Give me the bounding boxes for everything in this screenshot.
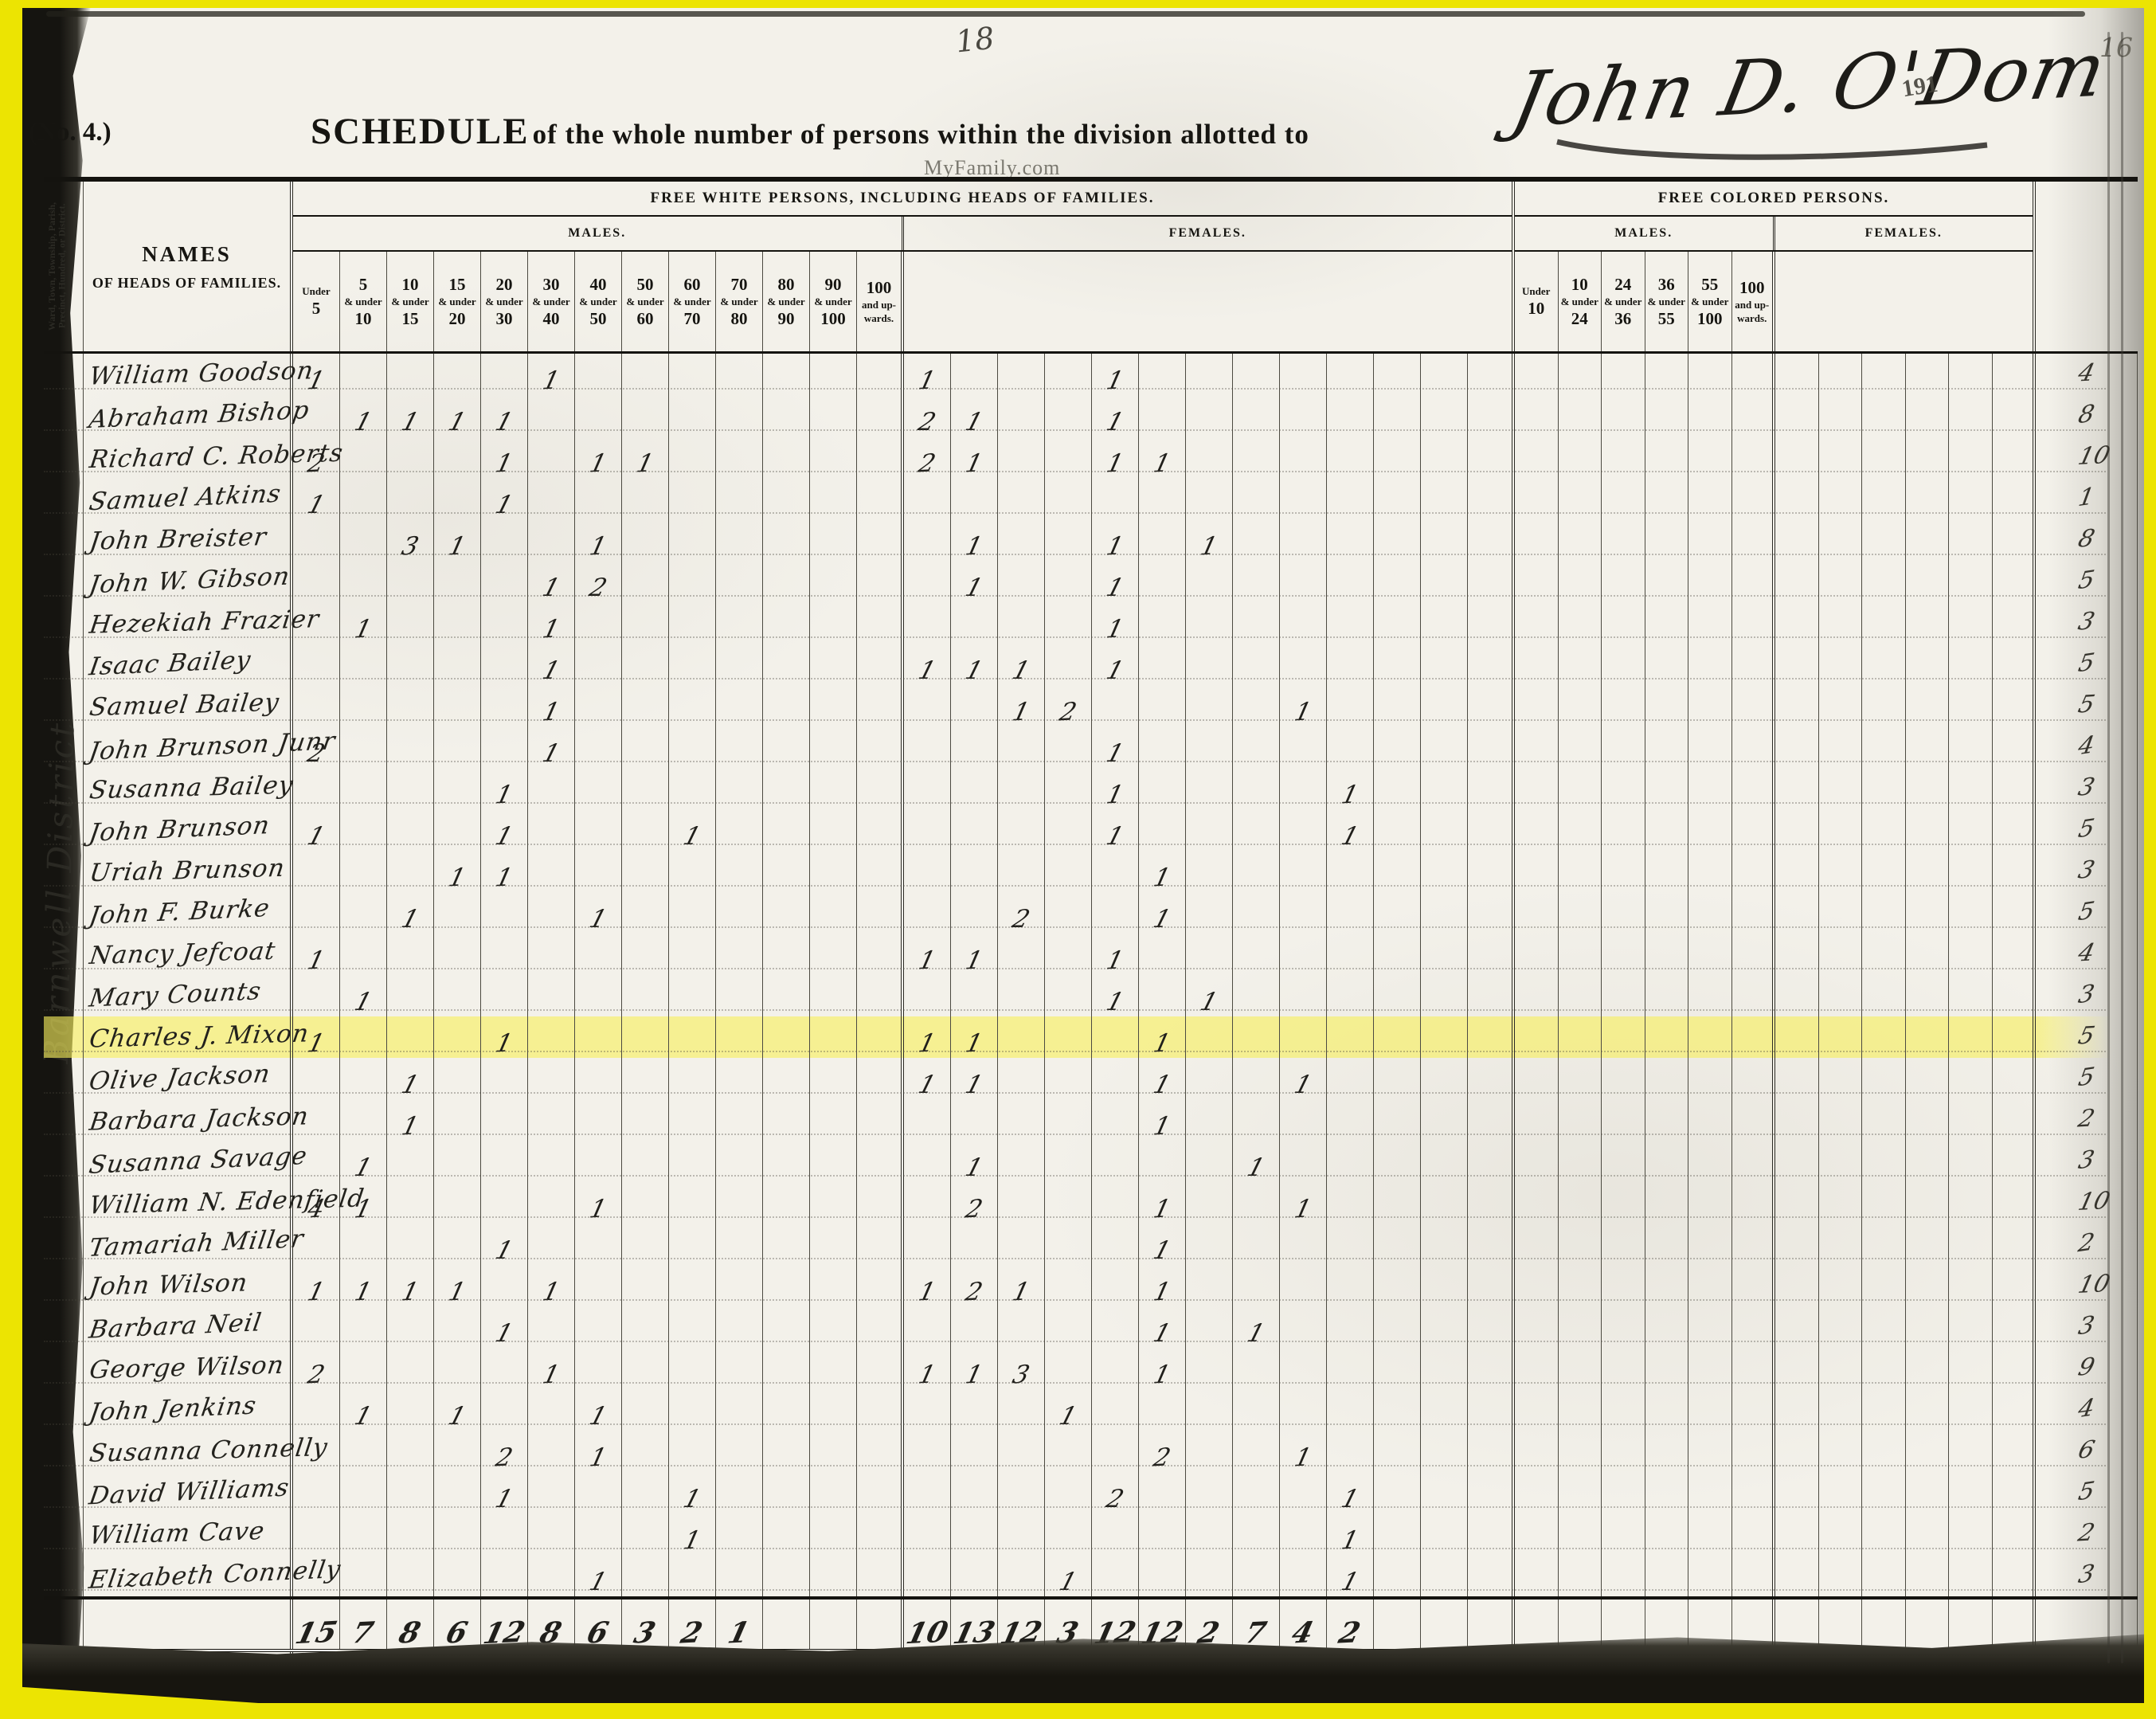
white-female-tally-cell: 1 [1280,1431,1327,1472]
head-of-family-name-cell: Uriah Brunson [84,851,293,892]
white-male-tally-cell: 1 [528,354,575,395]
white-female-tally-cell-value: 1 [916,1073,939,1098]
ward-cell [44,768,84,809]
white-male-tally-cell [857,354,904,395]
white-male-tally-cell [575,1099,622,1141]
ward-cell [44,809,84,851]
colored-female-tally-cell [1862,644,1906,685]
colored-male-tally-cell [1515,1555,1559,1596]
white-female-tally-cell [1374,478,1421,519]
white-male-tally-cell [716,1306,763,1348]
white-male-tally-cell: 1 [481,478,528,519]
white-male-tally-cell: 1 [575,892,622,934]
table-row: William N. Edenfield41121110 [44,1182,2138,1224]
white-female-tally-cell: 1 [1327,1513,1374,1555]
white-male-tally-cell [434,478,481,519]
white-female-tally-cell-value: 1 [1104,783,1125,809]
white-male-tally-cell [575,644,622,685]
row-total-value: 4 [2076,734,2096,760]
white-female-tally-cell-value: 1 [1292,1446,1313,1471]
white-female-tally-cell [1045,851,1092,892]
age-header-cell: 55& under100 [1688,252,1732,351]
white-male-tally-cell [528,478,575,519]
colored-male-tally-cell [1688,437,1732,478]
white-male-tally-cell [763,768,810,809]
white-female-tally-cell: 1 [904,1016,951,1058]
white-female-tally-cell [1045,726,1092,768]
head-of-family-name-cell: Mary Counts [84,975,293,1016]
white-male-tally-cell [622,809,669,851]
white-female-tally-cell-value: 2 [916,410,939,435]
white-female-tally-cell: 3 [998,1348,1045,1389]
white-male-total-cell-value: 2 [679,1618,706,1647]
white-male-tally-cell-value: 1 [540,700,561,726]
colored-male-tally-cell [1645,1306,1689,1348]
white-female-tally-cell-value: 1 [1292,700,1313,726]
white-male-tally-cell [340,934,387,975]
white-male-tally-cell [481,602,528,644]
white-female-tally-cell [1374,685,1421,726]
white-female-tally-cell-value: 1 [1292,1073,1315,1098]
white-female-tally-cell [1139,1389,1186,1431]
white-female-tally-cell [1468,478,1515,519]
age-header-line: 90 [778,309,795,329]
white-male-tally-cell: 1 [340,395,387,437]
white-male-tally-cell [387,1555,434,1596]
white-male-tally-cell [669,1389,716,1431]
row-total-value: 5 [2076,568,2096,594]
white-male-tally-cell [434,437,481,478]
white-female-tally-cell [1139,1472,1186,1513]
white-male-tally-cell [387,851,434,892]
colored-male-tally-cell [1732,726,1776,768]
colored-male-tally-cell [1645,395,1689,437]
colored-female-tally-cell [1775,1099,1819,1141]
white-female-tally-cell: 1 [998,685,1045,726]
white-male-tally-cell-value: 1 [587,452,608,477]
white-female-tally-cell [1280,519,1327,561]
white-female-tally-cell [1421,1224,1468,1265]
colored-female-tally-cell [1862,1431,1906,1472]
white-female-total-cell: 4 [1280,1600,1327,1649]
white-male-tally-cell: 1 [528,561,575,602]
white-female-tally-cell [998,437,1045,478]
white-female-total-cell: 2 [1327,1600,1374,1649]
white-female-tally-cell [1421,1389,1468,1431]
white-female-tally-cell [1327,1016,1374,1058]
head-of-family-name: Tamariah Miller [87,1224,306,1263]
colored-female-tally-cell [1862,685,1906,726]
white-female-tally-cell-value: 1 [1104,659,1127,683]
colored-female-tally-cell [1949,1141,1993,1182]
white-male-tally-cell: 1 [575,1431,622,1472]
head-of-family-name-cell: Susanna Bailey [84,768,293,809]
white-female-tally-cell [1186,1099,1233,1141]
age-header-line: & under [673,296,710,308]
white-male-tally-cell [716,644,763,685]
white-male-tally-cell [810,1389,857,1431]
white-female-tally-cell [1186,1348,1233,1389]
white-male-tally-cell [575,1306,622,1348]
white-female-tally-cell [1468,1555,1515,1596]
white-female-tally-cell [998,726,1045,768]
white-female-tally-cell [1468,892,1515,934]
colored-female-tally-cell [1862,1472,1906,1513]
colored-female-tally-cell [1862,1224,1906,1265]
white-female-tally-cell-value: 2 [1010,907,1033,932]
white-male-tally-cell-value: 1 [540,742,563,766]
colored-female-tally-cell [1819,1555,1863,1596]
white-male-tally-cell [528,809,575,851]
white-male-tally-cell [575,768,622,809]
white-male-tally-cell-value: 1 [493,1322,516,1346]
white-female-tally-cell [1327,354,1374,395]
white-male-tally-cell-value: 1 [493,1032,515,1057]
white-male-tally-cell [622,1431,669,1472]
head-of-family-name: John Brunson [87,811,272,848]
white-male-tally-cell [810,1016,857,1058]
colored-female-tally-cell [1906,1182,1950,1224]
row-total-value: 4 [2076,362,2096,386]
white-female-tally-cell: 1 [1092,395,1139,437]
white-female-tally-cell [951,768,998,809]
white-male-tally-cell [434,354,481,395]
age-header-line: wards. [864,312,894,325]
colored-male-tally-cell [1645,1431,1689,1472]
white-male-tally-cell [716,685,763,726]
white-male-tally-cell [622,1265,669,1306]
head-of-family-name-cell: David Williams [84,1472,293,1513]
age-header-line: 70 [731,275,748,295]
white-female-tally-cell-value: 1 [1104,369,1125,394]
white-female-tally-cell [1139,975,1186,1016]
colored-male-tally-cell [1645,1348,1689,1389]
white-male-tally-cell [810,519,857,561]
white-female-tally-cell-value: 1 [1010,659,1033,683]
colored-male-tally-cell [1732,602,1776,644]
colored-female-tally-cell [1993,726,2037,768]
white-male-tally-cell: 1 [528,685,575,726]
colored-male-tally-cell [1645,1141,1689,1182]
white-female-tally-cell-value: 1 [916,1280,937,1306]
head-of-family-name: Samuel Atkins [87,480,283,516]
white-male-tally-cell-value: 1 [305,493,328,518]
white-male-tally-cell [387,768,434,809]
white-male-tally-cell [434,1182,481,1224]
colored-female-tally-cell [1906,1472,1950,1513]
white-male-tally-cell [434,768,481,809]
white-female-tally-cell: 1 [951,561,998,602]
white-male-tally-cell-value: 3 [399,534,421,560]
white-male-tally-cell-value: 1 [587,534,608,560]
white-female-tally-cell [1468,685,1515,726]
white-male-tally-cell [763,975,810,1016]
white-female-tally-cell [998,768,1045,809]
age-header-line: and up- [1735,299,1769,311]
white-male-tally-cell [434,934,481,975]
white-male-total-cell: 8 [387,1600,434,1649]
white-female-tally-cell [1468,1224,1515,1265]
age-header-line: 80 [731,309,748,329]
colored-male-tally-cell [1602,1182,1645,1224]
table-row: Susanna Savage1113 [44,1141,2138,1182]
white-female-tally-cell [1233,561,1280,602]
white-female-tally-cell [1092,1141,1139,1182]
table-row: Susanna Connelly21216 [44,1431,2138,1472]
white-male-tally-cell [481,644,528,685]
white-female-tally-cell [1139,602,1186,644]
white-female-tally-cell [998,1224,1045,1265]
white-male-tally-cell [387,1513,434,1555]
white-female-tally-cell [1374,892,1421,934]
white-female-tally-cell [998,1306,1045,1348]
head-of-family-name-cell: Barbara Jackson [84,1099,293,1141]
white-female-tally-cell [1421,1141,1468,1182]
colored-male-tally-cell [1515,726,1559,768]
colored-female-tally-cell [1949,851,1993,892]
white-female-tally-cell [1327,975,1374,1016]
white-female-total-cell [1374,1600,1421,1649]
white-male-tally-cell [716,768,763,809]
head-of-family-name-cell: Barbara Neil [84,1306,293,1348]
row-total-value: 5 [2076,899,2096,926]
white-male-tally-cell [857,1431,904,1472]
white-male-tally-cell [340,1099,387,1141]
colored-male-tally-cell [1602,1099,1645,1141]
white-female-tally-cell [1327,478,1374,519]
age-header-line: 70 [684,309,701,329]
white-male-tally-cell-value: 1 [352,410,375,435]
white-male-tally-cell [716,1099,763,1141]
age-header-cell: 40& under50 [575,252,622,351]
colored-male-total-cell [1515,1600,1559,1649]
colored-male-tally-cell [1515,1224,1559,1265]
white-male-tally-cell [763,437,810,478]
white-male-tally-cell [293,892,340,934]
white-male-total-cell-value: 6 [585,1618,612,1647]
white-female-tally-cell: 1 [1092,644,1139,685]
age-header-line: & under [485,296,522,308]
white-male-tally-cell [481,1141,528,1182]
colored-female-tally-cell [1775,934,1819,975]
colored-female-tally-cell [1906,437,1950,478]
white-female-tally-cell [1139,1555,1186,1596]
ward-cell [44,602,84,644]
white-male-tally-cell [857,437,904,478]
age-header-line: wards. [1737,312,1767,325]
colored-male-tally-cell [1732,934,1776,975]
white-male-tally-cell [340,1513,387,1555]
white-female-total-cell: 7 [1233,1600,1280,1649]
white-male-tally-cell [387,1472,434,1513]
colored-female-tally-cell [1993,644,2037,685]
white-female-tally-cell [1374,602,1421,644]
colored-male-tally-cell [1602,1265,1645,1306]
white-male-tally-cell [763,1224,810,1265]
row-total-value: 2 [2076,1521,2096,1546]
names-header-line1: NAMES [142,242,232,267]
colored-female-tally-cell [1906,685,1950,726]
white-female-tally-cell: 1 [1092,561,1139,602]
white-male-tally-cell [716,437,763,478]
age-header-line: 5 [312,299,321,319]
colored-female-tally-cell [1862,1058,1906,1099]
white-female-tally-cell [1045,1016,1092,1058]
colored-male-tally-cell [1688,975,1732,1016]
white-male-tally-cell [387,685,434,726]
colored-female-tally-cell [1949,934,1993,975]
colored-female-tally-cell [1862,892,1906,934]
colored-female-tally-cell [1775,1306,1819,1348]
white-male-tally-cell [716,354,763,395]
white-female-tally-cell [1421,354,1468,395]
ward-cell [44,685,84,726]
white-male-tally-cell [810,1306,857,1348]
colored-male-tally-cell [1688,726,1732,768]
colored-female-tally-cell [1862,395,1906,437]
white-male-tally-cell [810,1265,857,1306]
white-male-tally-cell: 1 [481,768,528,809]
white-male-tally-cell [716,975,763,1016]
white-male-tally-cell [763,892,810,934]
white-male-tally-cell [340,519,387,561]
white-female-tally-cell [1233,1265,1280,1306]
colored-female-tally-cell [1906,851,1950,892]
white-female-tally-cell [1374,1472,1421,1513]
colored-female-tally-cell [1775,602,1819,644]
white-male-tally-cell-value: 1 [352,990,375,1015]
white-male-tally-cell-value: 1 [540,369,561,394]
white-female-tally-cell [1374,809,1421,851]
title-schedule-word: SCHEDULE [311,111,530,152]
white-female-tally-cell [1186,602,1233,644]
white-male-tally-cell [387,809,434,851]
colored-female-tally-cell [1906,975,1950,1016]
white-female-tally-cell [904,478,951,519]
white-female-tally-cell [1280,395,1327,437]
white-female-tally-cell-value: 1 [963,1363,984,1388]
white-male-tally-cell [575,1058,622,1099]
white-male-tally-cell [810,1099,857,1141]
white-female-tally-cell [1374,1513,1421,1555]
colored-female-tally-cell [1993,602,2037,644]
white-male-tally-cell [810,354,857,395]
table-row: Olive Jackson111115 [44,1058,2138,1099]
colored-female-tally-cell [1993,354,2037,395]
names-column-header: NAMES OF HEADS OF FAMILIES. [84,182,293,351]
white-female-tally-cell [1139,726,1186,768]
white-female-tally-cell [1374,726,1421,768]
colored-female-tally-cell [1993,1099,2037,1141]
white-male-tally-cell: 1 [481,1224,528,1265]
white-male-tally-cell [575,685,622,726]
colored-male-tally-cell [1645,685,1689,726]
colored-female-tally-cell [1862,437,1906,478]
white-female-tally-cell [1186,934,1233,975]
white-female-tally-cell [1233,768,1280,809]
ward-cell [44,726,84,768]
white-male-tally-cell [810,892,857,934]
white-female-tally-cell [1421,519,1468,561]
white-female-tally-cell: 1 [1327,1555,1374,1596]
white-male-tally-cell-value: 2 [587,576,610,601]
white-male-tally-cell [810,1224,857,1265]
white-female-tally-cell [1421,809,1468,851]
white-male-tally-cell [622,395,669,437]
row-total-value: 8 [2076,527,2096,552]
colored-female-tally-cell [1949,1555,1993,1596]
white-female-tally-cell [1468,934,1515,975]
white-male-tally-cell [481,1099,528,1141]
white-male-tally-cell [434,1099,481,1141]
white-female-tally-cell [1139,768,1186,809]
table-row: Isaac Bailey111115 [44,644,2138,685]
age-header-line: 50 [637,275,654,295]
white-female-tally-cell [1280,768,1327,809]
white-male-tally-cell: 1 [387,892,434,934]
white-male-tally-cell [810,395,857,437]
white-female-tally-cell [951,726,998,768]
white-female-tally-cell-value: 1 [1104,617,1125,643]
white-female-tally-cell [1468,437,1515,478]
white-male-tally-cell [622,1182,669,1224]
colored-male-tally-cell [1515,602,1559,644]
colored-female-tally-cell [1906,1348,1950,1389]
white-female-tally-cell [1233,975,1280,1016]
white-female-tally-cell [1280,1348,1327,1389]
table-row: Barbara Neil1113 [44,1306,2138,1348]
white-female-tally-cell [1421,437,1468,478]
age-header-line: 30 [543,275,560,295]
colored-female-tally-cell [1862,975,1906,1016]
white-female-tally-cell [1280,975,1327,1016]
white-male-tally-cell: 1 [669,809,716,851]
white-female-tally-cell [1421,1182,1468,1224]
white-male-tally-cell-value: 1 [493,452,515,477]
white-male-tally-cell [340,1431,387,1472]
colored-male-tally-cell [1688,1555,1732,1596]
white-female-tally-cell: 1 [1045,1555,1092,1596]
head-of-family-name-cell: John Wilson [84,1265,293,1306]
white-female-tally-cell [1092,1099,1139,1141]
white-female-tally-cell [1186,395,1233,437]
white-female-tally-cell [1374,561,1421,602]
colored-female-tally-cell [1819,354,1863,395]
age-header-line: & under [1561,296,1598,308]
colored-female-tally-cell [1949,644,1993,685]
colored-female-tally-cell [1862,1265,1906,1306]
colored-male-tally-cell [1602,1306,1645,1348]
colored-female-tally-cell [1949,685,1993,726]
colored-male-tally-cell [1688,934,1732,975]
white-female-tally-cell [998,1472,1045,1513]
white-female-tally-cell [1421,1016,1468,1058]
colored-female-tally-cell [1949,561,1993,602]
white-male-tally-cell-value: 1 [587,1404,610,1429]
head-of-family-name-cell: John Brunson Junr [84,726,293,768]
white-female-tally-cell [1092,1016,1139,1058]
white-female-tally-cell: 1 [951,1058,998,1099]
white-female-tally-cell [1421,768,1468,809]
colored-male-tally-cell [1515,519,1559,561]
white-male-tally-cell [575,478,622,519]
ward-cell [44,1016,84,1058]
white-male-tally-cell: 1 [434,519,481,561]
white-female-tally-cell-value: 1 [1339,1487,1362,1512]
colored-male-tally-cell [1602,726,1645,768]
white-male-tally-cell [528,1182,575,1224]
white-female-tally-cell: 1 [951,1348,998,1389]
